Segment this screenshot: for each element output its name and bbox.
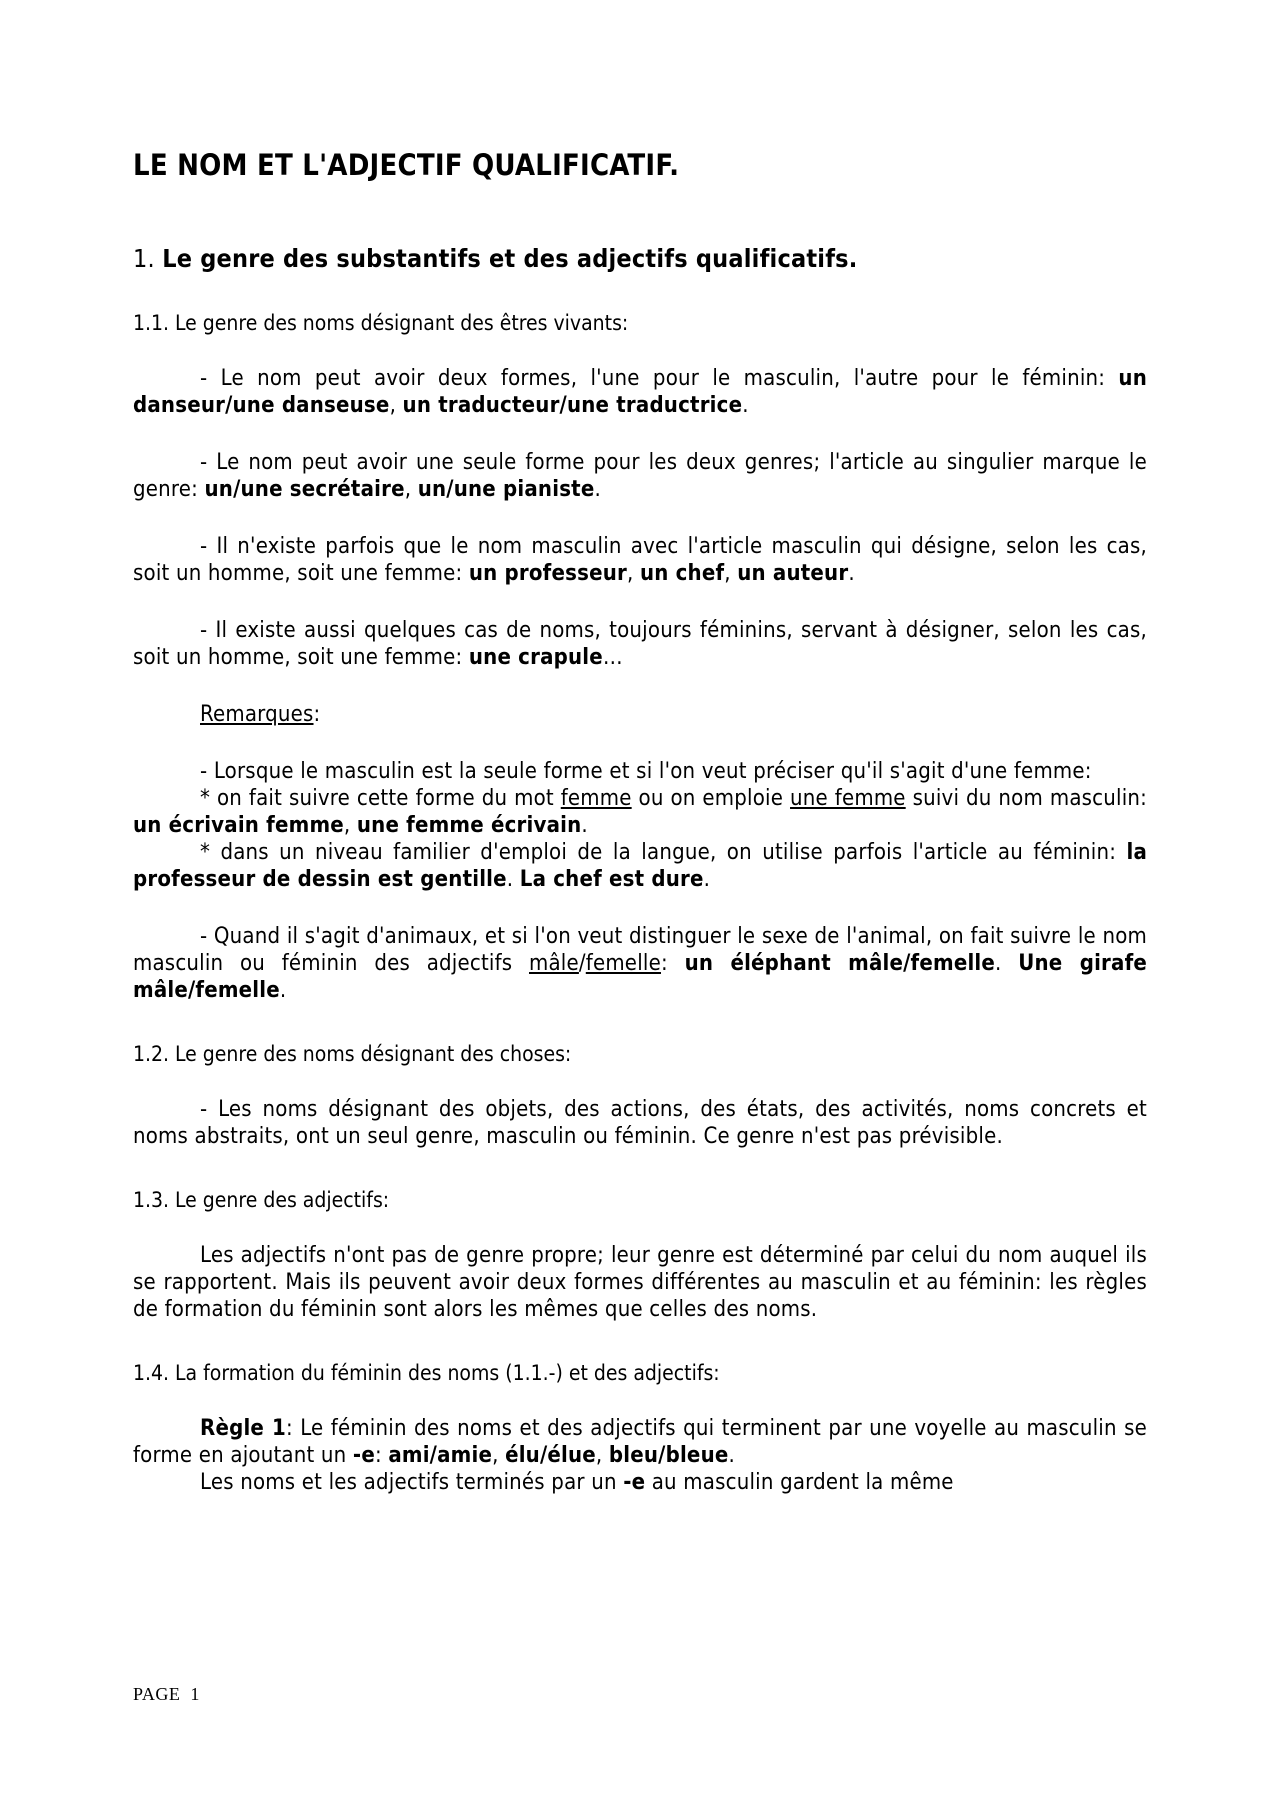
- text-run: -e: [353, 1443, 375, 1468]
- text-run: ,: [390, 393, 403, 418]
- text-run: 1.4. La formation du féminin des noms (1…: [133, 1361, 720, 1385]
- subsection-heading-1-3: 1.3. Le genre des adjectifs:: [133, 1188, 1147, 1212]
- text-run: 1.3. Le genre des adjectifs:: [133, 1188, 389, 1212]
- paragraph-two-forms: - Le nom peut avoir deux formes, l'une p…: [133, 365, 1147, 419]
- text-run: mâle: [529, 951, 579, 976]
- text-run: .: [742, 393, 748, 418]
- text-run: :: [375, 1443, 388, 1468]
- paragraph-choses: - Les noms désignant des objets, des act…: [133, 1096, 1147, 1150]
- text-run: :: [661, 951, 685, 976]
- text-run: un chef: [640, 561, 724, 586]
- text-run: -e: [623, 1470, 645, 1495]
- text-run: - Lorsque le masculin est la seule forme…: [200, 759, 1092, 784]
- subsection-heading-1-4: 1.4. La formation du féminin des noms (1…: [133, 1361, 1147, 1385]
- page-number-footer: PAGE 1: [133, 1684, 200, 1705]
- text-run: un écrivain femme: [133, 813, 344, 838]
- text-run: LE NOM ET L'ADJECTIF QUALIFICATIF.: [133, 148, 679, 182]
- text-run: au masculin gardent la même: [645, 1470, 953, 1495]
- paragraph-feminine-only: - Il existe aussi quelques cas de noms, …: [133, 617, 1147, 671]
- subsection-heading-1-1: 1.1. Le genre des noms désignant des êtr…: [133, 311, 1147, 335]
- text-run: Le genre des substantifs et des adjectif…: [162, 244, 857, 273]
- text-run: ,: [344, 813, 357, 838]
- text-run: ,: [405, 477, 418, 502]
- subsection-heading-1-2: 1.2. Le genre des noms désignant des cho…: [133, 1042, 1147, 1066]
- text-run: .: [848, 561, 854, 586]
- document-title: LE NOM ET L'ADJECTIF QUALIFICATIF.: [133, 148, 1147, 182]
- text-run: 1.1. Le genre des noms désignant des êtr…: [133, 311, 628, 335]
- text-run: * on fait suivre cette forme du mot: [200, 786, 561, 811]
- text-run: 1.2. Le genre des noms désignant des cho…: [133, 1042, 571, 1066]
- text-run: un auteur: [737, 561, 848, 586]
- text-run: .: [704, 867, 710, 892]
- text-run: * dans un niveau familier d'emploi de la…: [200, 840, 1126, 865]
- text-run: ,: [492, 1443, 505, 1468]
- paragraph-remark-intro: - Lorsque le masculin est la seule forme…: [133, 758, 1147, 785]
- text-run: .: [280, 978, 286, 1003]
- text-run: :: [314, 702, 321, 727]
- text-run: ou on emploie: [632, 786, 790, 811]
- text-run: un traducteur/une traductrice: [403, 393, 743, 418]
- text-run: femelle: [586, 951, 661, 976]
- text-run: ,: [627, 561, 640, 586]
- text-run: élu/élue: [505, 1443, 596, 1468]
- text-run: 1.: [133, 244, 162, 273]
- text-run: une femme: [790, 786, 906, 811]
- text-run: Les adjectifs n'ont pas de genre propre;…: [133, 1243, 1147, 1322]
- text-run: un/une pianiste: [418, 477, 595, 502]
- paragraph-remark-familier: * dans un niveau familier d'emploi de la…: [133, 839, 1147, 893]
- text-run: un éléphant mâle/femelle: [685, 951, 995, 976]
- text-run: bleu/bleue: [609, 1443, 729, 1468]
- text-run: - Le nom peut avoir deux formes, l'une p…: [200, 366, 1118, 391]
- paragraph-adjectifs: Les adjectifs n'ont pas de genre propre;…: [133, 1242, 1147, 1323]
- text-run: …: [603, 645, 623, 670]
- text-run: une crapule: [469, 645, 603, 670]
- text-run: - Les noms désignant des objets, des act…: [133, 1097, 1147, 1149]
- remarks-label: Remarques:: [133, 701, 1147, 728]
- paragraph-regle-1-suite: Les noms et les adjectifs terminés par u…: [133, 1469, 1147, 1496]
- text-run: femme: [561, 786, 632, 811]
- text-run: un professeur: [469, 561, 627, 586]
- text-run: une femme écrivain: [357, 813, 582, 838]
- paragraph-masculine-only: - Il n'existe parfois que le nom masculi…: [133, 533, 1147, 587]
- text-run: .: [995, 951, 1018, 976]
- text-run: ,: [596, 1443, 609, 1468]
- document-content: LE NOM ET L'ADJECTIF QUALIFICATIF.1. Le …: [133, 0, 1147, 1496]
- text-run: .: [729, 1443, 735, 1468]
- paragraph-animaux: - Quand il s'agit d'animaux, et si l'on …: [133, 923, 1147, 1004]
- section-heading-1: 1. Le genre des substantifs et des adjec…: [133, 244, 1147, 273]
- paragraph-remark-femme: * on fait suivre cette forme du mot femm…: [133, 785, 1147, 839]
- text-run: ami/amie: [388, 1443, 492, 1468]
- text-run: .: [507, 867, 520, 892]
- text-run: Les noms et les adjectifs terminés par u…: [200, 1470, 623, 1495]
- text-run: Règle 1: [200, 1416, 286, 1441]
- text-run: - Il existe aussi quelques cas de noms, …: [133, 618, 1147, 670]
- paragraph-single-form: - Le nom peut avoir une seule forme pour…: [133, 449, 1147, 503]
- text-run: Remarques: [200, 702, 314, 727]
- text-run: suivi du nom masculin:: [906, 786, 1147, 811]
- text-run: ,: [724, 561, 737, 586]
- paragraph-regle-1: Règle 1: Le féminin des noms et des adje…: [133, 1415, 1147, 1469]
- text-run: /: [579, 951, 586, 976]
- text-run: La chef est dure: [520, 867, 704, 892]
- text-run: .: [581, 813, 587, 838]
- text-run: .: [594, 477, 600, 502]
- document-page: LE NOM ET L'ADJECTIF QUALIFICATIF.1. Le …: [0, 0, 1280, 1811]
- text-run: un/une secrétaire: [204, 477, 404, 502]
